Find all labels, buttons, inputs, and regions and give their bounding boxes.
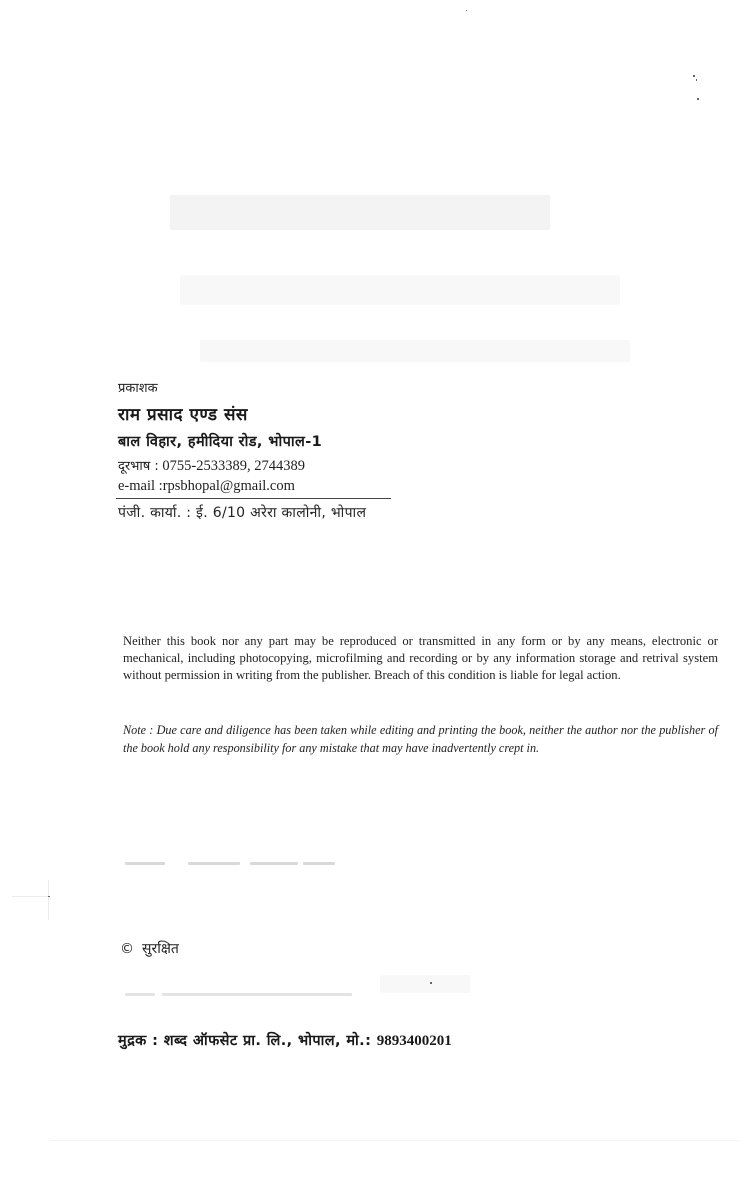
show-through-text	[162, 993, 352, 996]
email-label: e-mail :	[118, 478, 163, 494]
publisher-label: प्रकाशक	[118, 380, 438, 398]
copyright-icon: ©	[120, 941, 134, 957]
scan-speck	[696, 79, 697, 81]
publisher-email-line: e-mail :rpsbhopal@gmail.com	[118, 477, 438, 496]
show-through-text	[250, 862, 298, 865]
show-through-text	[380, 975, 470, 993]
publisher-name: राम प्रसाद एण्ड संस	[118, 402, 438, 428]
scan-speck	[466, 10, 467, 11]
divider-rule	[116, 498, 391, 499]
copyright-notice: Neither this book nor any part may be re…	[123, 633, 718, 683]
printer-phone: 9893400201	[377, 1033, 452, 1049]
show-through-text	[188, 862, 240, 865]
registered-office: पंजी. कार्या. : ई. 6/10 अरेरा कालोनी, भो…	[118, 502, 438, 524]
scan-edge-line	[48, 880, 49, 920]
scan-speck	[693, 75, 695, 77]
scan-speck	[697, 98, 699, 100]
scan-edge-line	[12, 896, 48, 897]
printer-line: मुद्रक : शब्द ऑफसेट प्रा. लि., भोपाल, मो…	[118, 1030, 452, 1052]
copyright-text: सुरक्षित	[142, 941, 179, 957]
scan-speck	[48, 896, 50, 897]
show-through-text	[303, 862, 335, 865]
email-address: rpsbhopal@gmail.com	[163, 478, 295, 494]
publisher-block: प्रकाशक राम प्रसाद एण्ड संस बाल विहार, ह…	[118, 380, 438, 524]
show-through-text	[180, 275, 620, 305]
phone-number: 0755-2533389, 2744389	[162, 458, 305, 474]
show-through-text	[200, 340, 630, 362]
copyright-line: ©सुरक्षित	[120, 939, 179, 959]
phone-label: दूरभाष :	[118, 459, 159, 474]
show-through-text	[125, 862, 165, 865]
publisher-phone-line: दूरभाष : 0755-2533389, 2744389	[118, 456, 438, 477]
show-through-text	[125, 993, 155, 996]
disclaimer-note: Note : Due care and diligence has been t…	[123, 722, 718, 757]
publisher-address: बाल विहार, हमीदिया रोड, भोपाल-1	[118, 430, 438, 454]
book-imprint-page: प्रकाशक राम प्रसाद एण्ड संस बाल विहार, ह…	[0, 0, 755, 1180]
show-through-text	[170, 195, 550, 230]
scan-edge-line	[50, 1140, 740, 1141]
scan-speck	[430, 982, 432, 984]
printer-text: मुद्रक : शब्द ऑफसेट प्रा. लि., भोपाल, मो…	[118, 1033, 371, 1049]
